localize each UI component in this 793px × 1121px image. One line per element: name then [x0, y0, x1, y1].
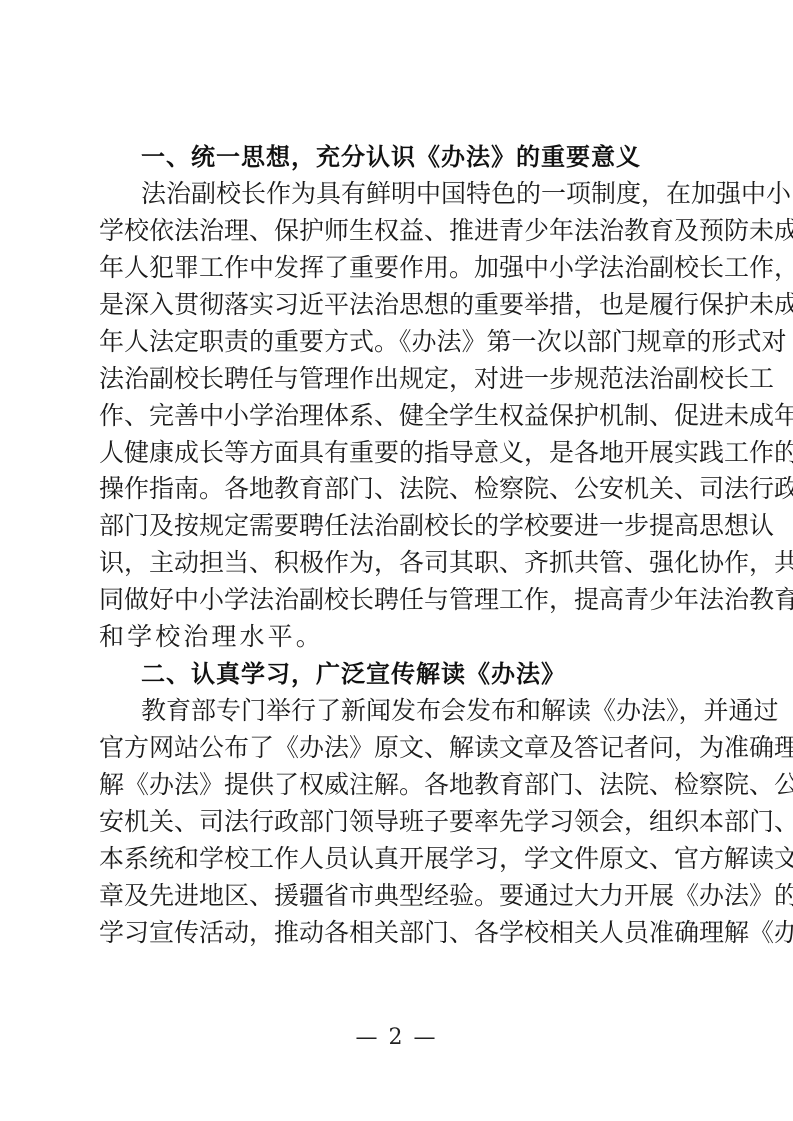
- paragraph-line: 部门及按规定需要聘任法治副校长的学校要进一步提高思想认: [99, 508, 694, 545]
- paragraph-line: 解《办法》提供了权威注解。各地教育部门、法院、检察院、公: [99, 767, 694, 804]
- paragraph-line: 年人法定职责的重要方式。《办法》第一次以部门规章的形式对: [99, 324, 694, 361]
- paragraph-line: 教育部专门举行了新闻发布会发布和解读《办法》，并通过: [99, 693, 694, 730]
- page-number: — 2 —: [0, 1025, 793, 1050]
- document-page: 一、统一思想，充分认识《办法》的重要意义 法治副校长作为具有鲜明中国特色的一项制…: [99, 139, 694, 952]
- paragraph-line: 官方网站公布了《办法》原文、解读文章及答记者问，为准确理: [99, 730, 694, 767]
- paragraph-line: 作、完善中小学治理体系、健全学生权益保护机制、促进未成年: [99, 398, 694, 435]
- paragraph-line: 人健康成长等方面具有重要的指导意义，是各地开展实践工作的: [99, 435, 694, 472]
- paragraph-line: 学习宣传活动，推动各相关部门、各学校相关人员准确理解《办: [99, 915, 694, 952]
- paragraph-line: 法治副校长作为具有鲜明中国特色的一项制度，在加强中小: [99, 176, 694, 213]
- paragraph-line: 年人犯罪工作中发挥了重要作用。加强中小学法治副校长工作，: [99, 250, 694, 287]
- section-heading-2: 二、认真学习，广泛宣传解读《办法》: [99, 656, 694, 693]
- paragraph-line: 章及先进地区、援疆省市典型经验。要通过大力开展《办法》的: [99, 878, 694, 915]
- paragraph-line: 操作指南。各地教育部门、法院、检察院、公安机关、司法行政: [99, 471, 694, 508]
- paragraph-line: 安机关、司法行政部门领导班子要率先学习领会，组织本部门、: [99, 804, 694, 841]
- paragraph-line-last: 和学校治理水平。: [99, 619, 694, 656]
- paragraph-line: 学校依法治理、保护师生权益、推进青少年法治教育及预防未成: [99, 213, 694, 250]
- section-heading-1: 一、统一思想，充分认识《办法》的重要意义: [99, 139, 694, 176]
- paragraph-line: 同做好中小学法治副校长聘任与管理工作，提高青少年法治教育: [99, 582, 694, 619]
- paragraph-line: 是深入贯彻落实习近平法治思想的重要举措，也是履行保护未成: [99, 287, 694, 324]
- paragraph-line: 法治副校长聘任与管理作出规定，对进一步规范法治副校长工: [99, 361, 694, 398]
- paragraph-line: 本系统和学校工作人员认真开展学习，学文件原文、官方解读文: [99, 841, 694, 878]
- paragraph-line: 识，主动担当、积极作为，各司其职、齐抓共管、强化协作，共: [99, 545, 694, 582]
